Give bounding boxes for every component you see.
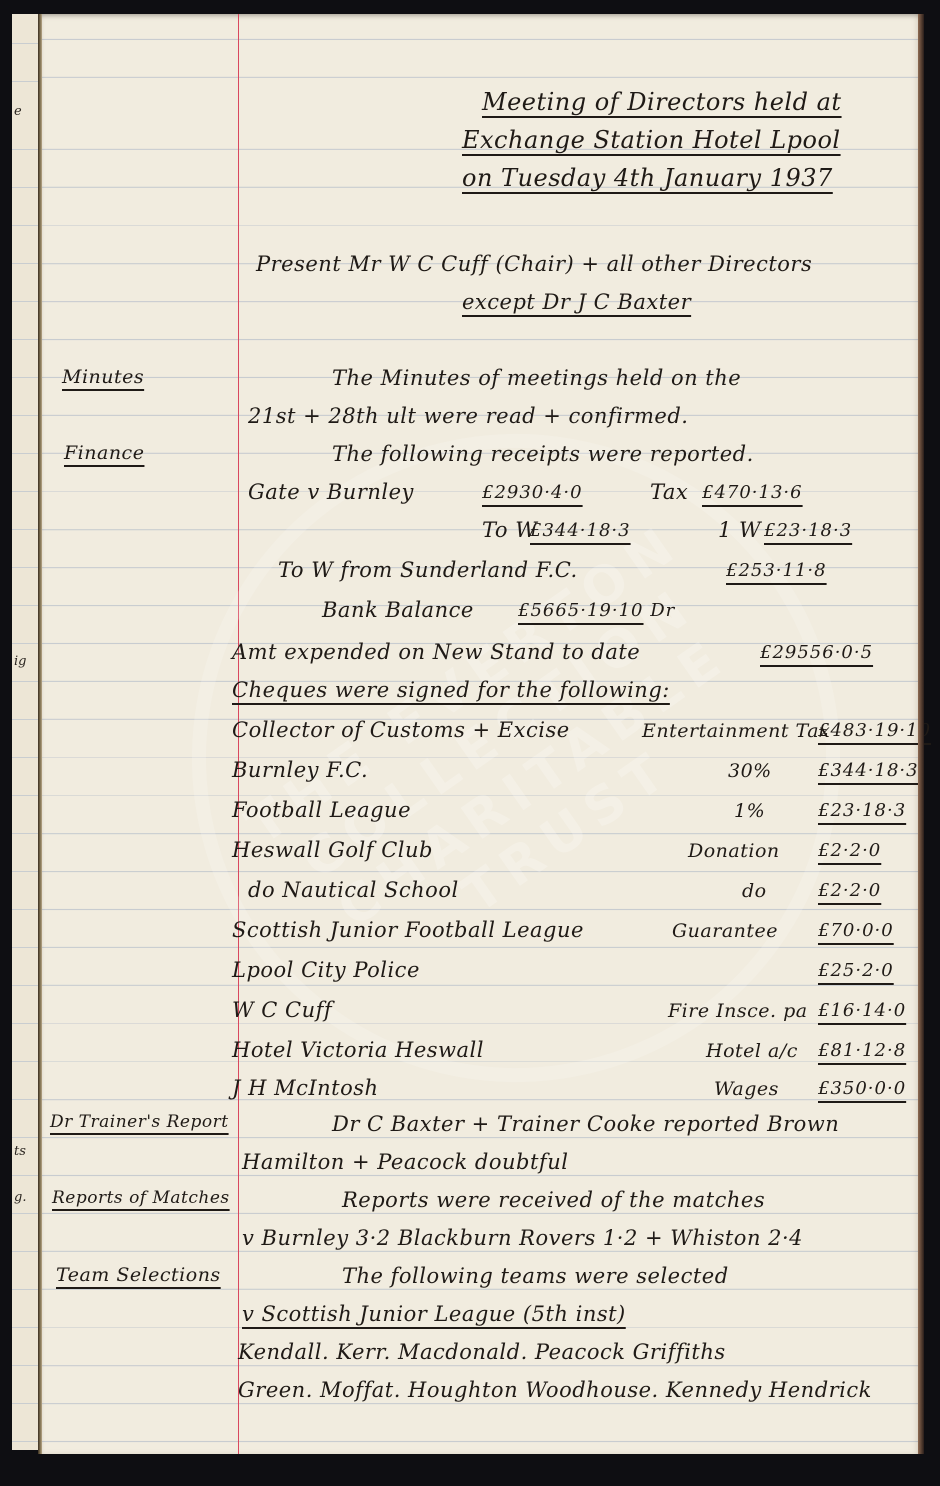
cheque-note: Wages <box>714 1078 779 1100</box>
lw-amount: £23·18·3 <box>764 520 852 541</box>
cheque-amount: £70·0·0 <box>818 920 894 941</box>
margin-label-team-selections: Team Selections <box>56 1264 221 1286</box>
tax-label: Tax <box>650 480 688 504</box>
minutes-line-1: The Minutes of meetings held on the <box>332 366 741 390</box>
gate-amount: £2930·4·0 <box>482 482 583 503</box>
cheque-payee: Hotel Victoria Heswall <box>232 1038 484 1062</box>
sunderland-label: To W from Sunderland F.C. <box>278 558 578 582</box>
margin-label-minutes: Minutes <box>62 366 144 388</box>
team-selections-line-1: The following teams were selected <box>342 1264 729 1288</box>
match-reports-line-2: v Burnley 3·2 Blackburn Rovers 1·2 + Whi… <box>242 1226 803 1250</box>
cheque-payee: Scottish Junior Football League <box>232 918 584 942</box>
margin-label-reports-of-matches: Reports of Matches <box>52 1188 230 1208</box>
tow-label: To W <box>482 518 537 542</box>
cheque-amount: £2·2·0 <box>818 880 881 901</box>
finance-intro: The following receipts were reported. <box>332 442 754 466</box>
sunderland-amount: £253·11·8 <box>726 560 827 581</box>
facing-page-fragment: e <box>14 104 22 119</box>
cheque-payee: Collector of Customs + Excise <box>232 718 570 742</box>
cheque-payee: do Nautical School <box>248 878 459 902</box>
cheque-note: 30% <box>728 760 772 782</box>
cheque-note: do <box>742 880 767 902</box>
match-reports-line-1: Reports were received of the matches <box>342 1188 765 1212</box>
cheques-intro: Cheques were signed for the following: <box>232 678 670 702</box>
tow-amount: £344·18·3 <box>530 520 631 541</box>
trainers-report-line-2: Hamilton + Peacock doubtful <box>242 1150 568 1174</box>
cheque-amount: £350·0·0 <box>818 1078 906 1099</box>
gate-label: Gate v Burnley <box>248 480 414 504</box>
margin-label-trainers-report: Dr Trainer's Report <box>50 1112 229 1132</box>
page-edge <box>918 14 924 1454</box>
trainers-report-line-1: Dr C Baxter + Trainer Cooke reported Bro… <box>332 1112 839 1136</box>
meeting-heading-line-2: Exchange Station Hotel Lpool <box>462 126 841 154</box>
cheque-payee: Lpool City Police <box>232 958 420 982</box>
bank-balance-label: Bank Balance <box>322 598 474 622</box>
cheque-amount: £344·18·3 <box>818 760 919 781</box>
tax-amount: £470·13·6 <box>702 482 803 503</box>
bank-balance-amount: £5665·19·10 Dr <box>518 600 675 621</box>
new-stand-amount: £29556·0·5 <box>760 642 873 663</box>
present-line-1: Present Mr W C Cuff (Chair) + all other … <box>256 252 812 276</box>
cheque-amount: £483·19·10 <box>818 720 931 741</box>
cheque-payee: J H McIntosh <box>232 1076 379 1100</box>
cheque-note: Hotel a/c <box>706 1040 798 1062</box>
facing-page-fragment: ts <box>14 1144 26 1159</box>
team-selections-players-line-1: Kendall. Kerr. Macdonald. Peacock Griffi… <box>238 1340 726 1364</box>
cheque-note: Entertainment Tax <box>642 720 830 742</box>
cheque-payee: W C Cuff <box>232 998 332 1022</box>
facing-page-fragment: g. <box>14 1190 26 1205</box>
minutes-line-2: 21st + 28th ult were read + confirmed. <box>248 404 688 428</box>
meeting-heading-line-3: on Tuesday 4th January 1937 <box>462 164 833 192</box>
cheque-note: Guarantee <box>672 920 778 942</box>
cheque-amount: £81·12·8 <box>818 1040 906 1061</box>
lw-label: 1 W <box>718 518 761 542</box>
cheque-note: 1% <box>734 800 765 822</box>
meeting-heading-line-1: Meeting of Directors held at <box>482 88 842 116</box>
cheque-payee: Heswall Golf Club <box>232 838 433 862</box>
cheque-amount: £23·18·3 <box>818 800 906 821</box>
cheque-payee: Football League <box>232 798 411 822</box>
team-selections-fixture: v Scottish Junior League (5th inst) <box>242 1302 626 1326</box>
team-selections-players-line-2: Green. Moffat. Houghton Woodhouse. Kenne… <box>238 1378 872 1402</box>
facing-page-fragment: ig <box>14 654 26 669</box>
cheque-amount: £16·14·0 <box>818 1000 906 1021</box>
minute-book-page: THE EVERTON COLLECTION CHARITABLE TRUST … <box>42 14 922 1454</box>
cheque-amount: £25·2·0 <box>818 960 894 981</box>
margin-label-finance: Finance <box>64 442 144 464</box>
present-line-2: except Dr J C Baxter <box>462 290 691 314</box>
new-stand-label: Amt expended on New Stand to date <box>232 640 640 664</box>
cheque-amount: £2·2·0 <box>818 840 881 861</box>
cheque-note: Donation <box>688 840 780 862</box>
cheque-payee: Burnley F.C. <box>232 758 368 782</box>
cheque-note: Fire Insce. pa <box>668 1000 808 1022</box>
